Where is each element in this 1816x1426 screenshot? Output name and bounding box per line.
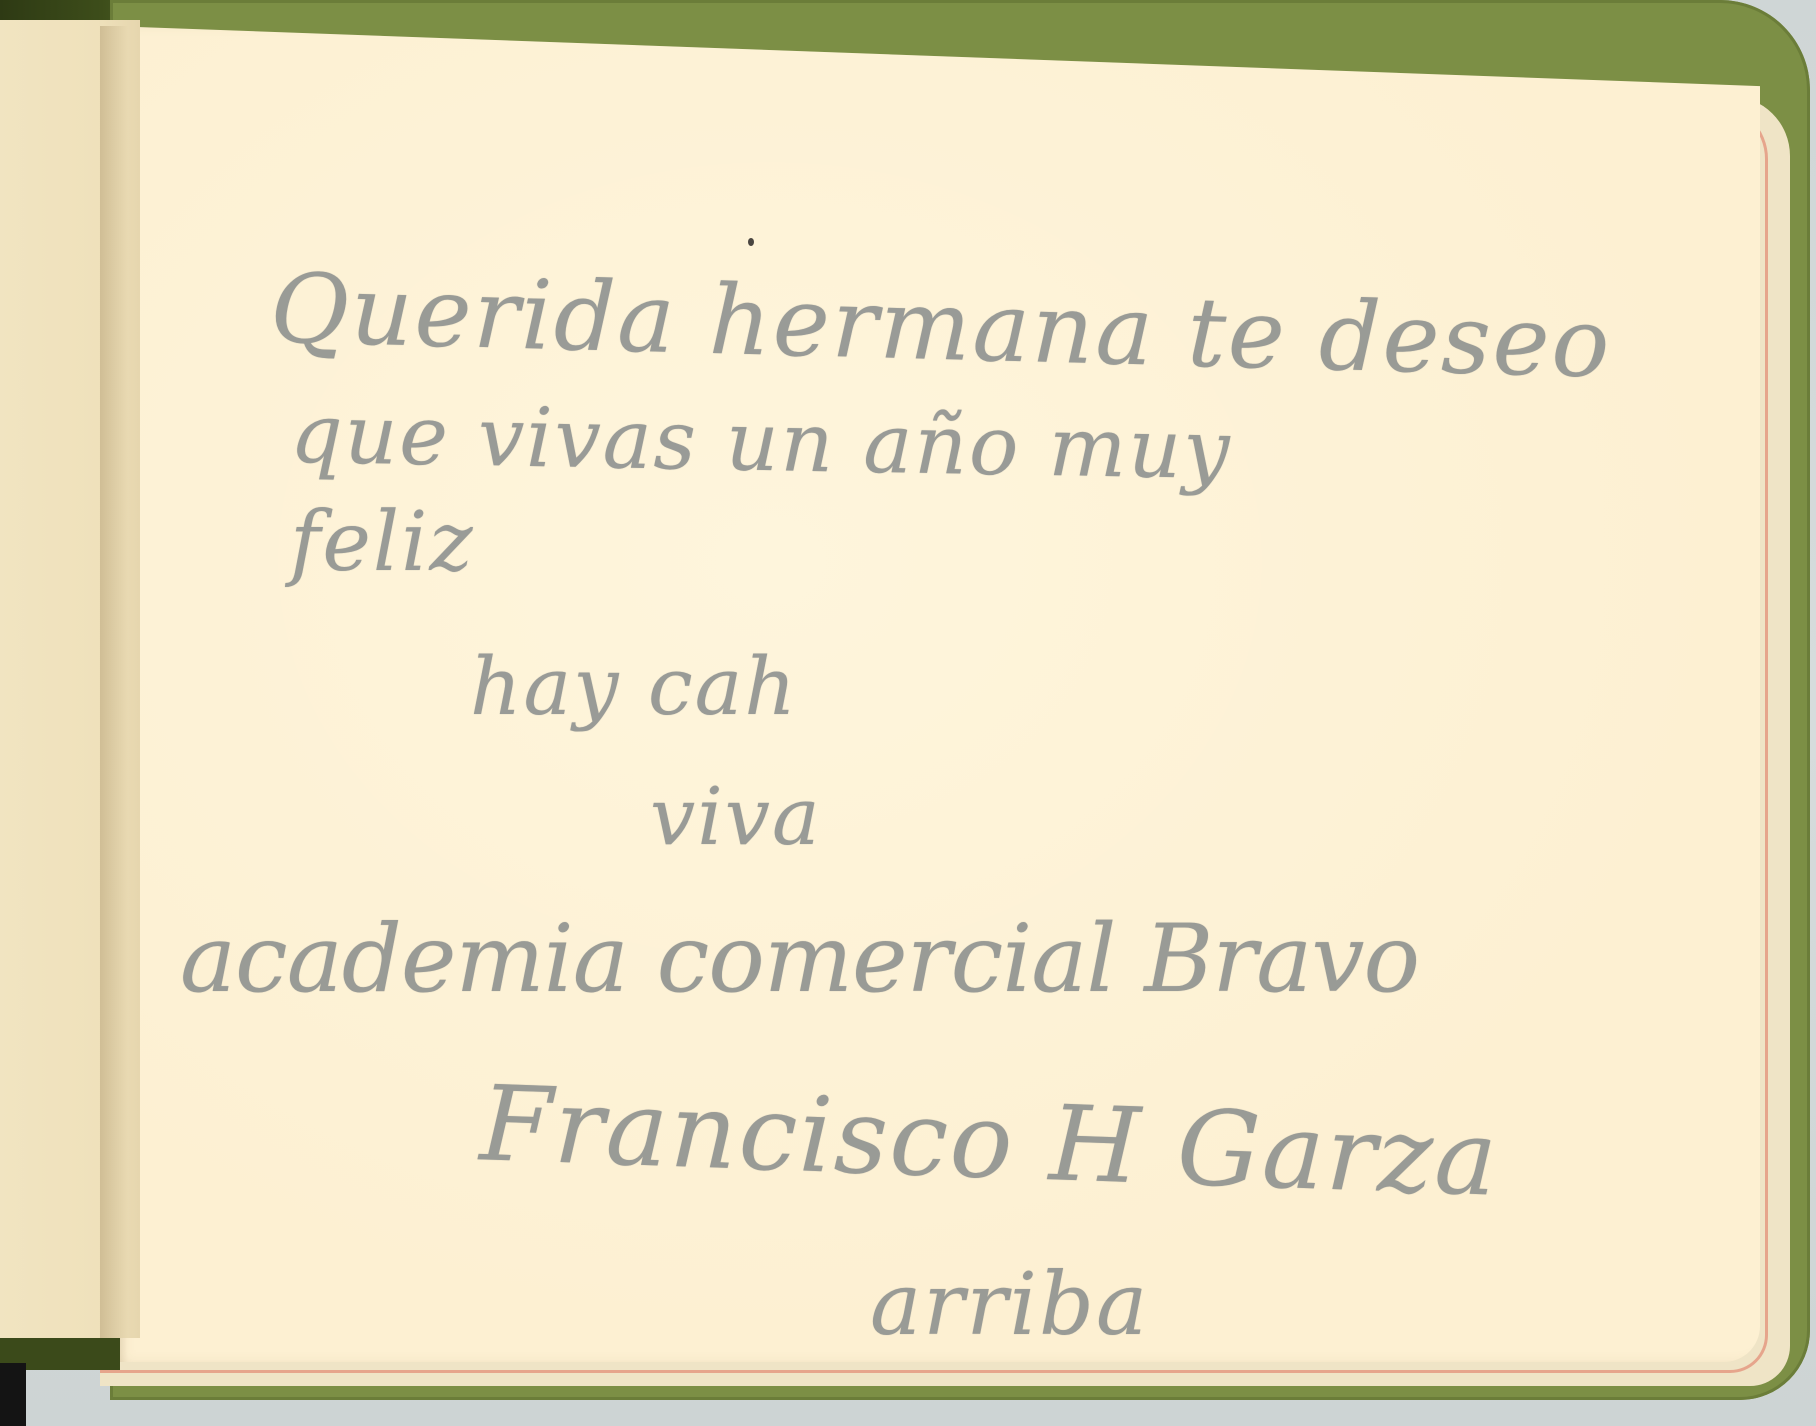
handwriting-line-2: que vivas un año muy (289, 387, 1232, 498)
handwriting-line-3: feliz (290, 495, 475, 590)
handwriting-line-5: viva (650, 770, 822, 863)
scanner-edge-dark (0, 1363, 26, 1426)
paper-speck (748, 238, 754, 246)
handwriting-line-4: hay cah (470, 640, 798, 733)
handwriting-line-8: arriba (870, 1255, 1149, 1355)
handwriting-line-6: academia comercial Bravo (180, 905, 1419, 1014)
gutter-shadow (100, 26, 128, 1362)
